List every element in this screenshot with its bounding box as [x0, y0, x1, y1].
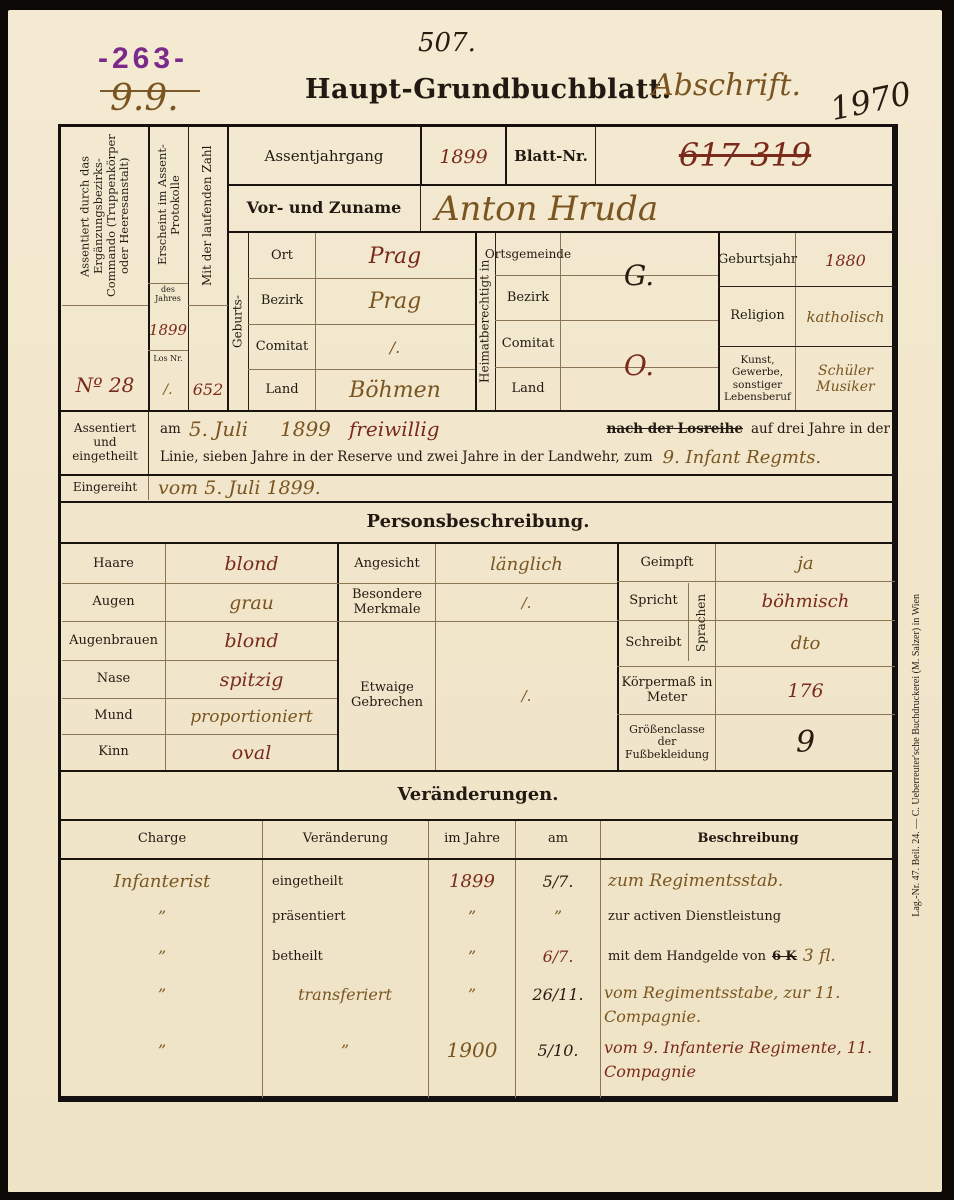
row-beschreibung: zum Regimentsstab. [608, 864, 895, 898]
row-charge: ” [62, 938, 262, 974]
row-jahr: 1900 [429, 1032, 515, 1068]
geburts-label: Geburts- [229, 235, 248, 408]
row-am: 6/7. [516, 938, 600, 974]
angesicht-label: Angesicht [339, 545, 435, 583]
domicile-ortsgemeinde-value: G. [561, 250, 717, 300]
row-charge: ” [62, 899, 262, 933]
divider [188, 305, 228, 306]
sheet-number: 507. [418, 28, 476, 58]
kinn-value: oval [166, 735, 337, 770]
assentiert-suffix: auf drei Jahre in der [751, 421, 890, 437]
column-header-am: am [516, 821, 600, 857]
row-beschreibung: zur activen Dienstleistung [608, 899, 895, 933]
row-am: 26/11. [516, 976, 600, 1012]
row-jahr: 1899 [429, 864, 515, 898]
printer-imprint: Lag.-Nr. 47. Beil. 24. — C. Ueberreuter'… [906, 500, 926, 1010]
assentiert-durch-label: Assentiert durch das Ergänzungsbezirks-C… [62, 130, 148, 302]
geburtsjahr-label: Geburtsjahr [720, 234, 795, 286]
table-row: ” ” 1900 5/10. vom 9. Infanterie Regimen… [62, 1032, 895, 1088]
geimpft-label: Geimpft [619, 545, 715, 581]
column-header-jahr: im Jahre [429, 821, 515, 857]
merkmale-label: Besondere Merkmale [339, 584, 435, 621]
divider [148, 412, 149, 474]
column-header-charge: Charge [62, 821, 262, 857]
birth-bezirk-value: Prag [316, 279, 474, 324]
gebrechen-value: /. [436, 622, 617, 770]
assentiert-mode: freiwillig [349, 417, 440, 441]
beruf-label: Kunst, Gewerbe, sonstiger Lebensberuf [720, 347, 795, 410]
name-value: Anton Hruda [425, 186, 725, 231]
handgeld-value: 3 fl. [803, 946, 836, 966]
schreibt-label: Schreibt [619, 621, 688, 666]
row-veraenderung: eingetheilt [272, 864, 432, 898]
los-nr-label: Los Nr. [148, 352, 188, 366]
row-veraenderung: transferiert [262, 976, 428, 1012]
augenbrauen-value: blond [166, 622, 337, 660]
domicile-land-label: Land [496, 368, 560, 410]
row-veraenderung: ” [262, 1032, 428, 1068]
table-row: ” transferiert ” 26/11. vom Regimentssta… [62, 976, 895, 1026]
religion-value: katholisch [796, 287, 895, 346]
nase-label: Nase [62, 661, 165, 698]
birth-ort-value: Prag [316, 234, 474, 278]
merkmale-value: /. [436, 584, 617, 621]
assentiert-line2-text: Linie, sieben Jahre in der Reserve und z… [160, 449, 653, 465]
eingereiht-label: Eingereiht [62, 476, 148, 500]
birth-comitat-value: /. [316, 325, 474, 369]
row-am: 5/10. [516, 1032, 600, 1068]
table-row: ” betheilt ” 6/7. mit dem Handgelde von … [62, 938, 895, 974]
page-title: Haupt-Grundbuchblatt. [305, 74, 672, 105]
birth-comitat-label: Comitat [249, 325, 315, 369]
birth-land-label: Land [249, 370, 315, 410]
blatt-nr-value: 617 319 [600, 128, 890, 182]
geburtsjahr-value: 1880 [796, 234, 895, 286]
sprachen-label: Sprachen [689, 584, 715, 662]
assentjahrgang-value: 1899 [422, 130, 505, 184]
angesicht-value: länglich [436, 545, 617, 583]
assentiert-date: 5. Juli [189, 417, 248, 441]
row-beschreibung: mit dem Handgelde von 6 K 3 fl. [608, 938, 895, 974]
secondary-number: 9.9. [110, 78, 179, 119]
laufende-zahl-value: 652 [190, 372, 226, 406]
assentiert-line-2: Linie, sieben Jahre in der Reserve und z… [160, 444, 890, 470]
birth-bezirk-label: Bezirk [249, 279, 315, 324]
divider [61, 542, 895, 544]
row-beschreibung: vom Regimentsstabe, zur 11. Compagnie. [604, 980, 895, 1030]
personsbeschreibung-title: Personsbeschreibung. [61, 503, 895, 541]
divider [61, 858, 895, 860]
divider [61, 410, 895, 412]
protokoll-label: Erscheint im Assent-Protokolle [150, 130, 188, 280]
row-jahr: ” [429, 976, 515, 1012]
assentiert-struck: nach der Losreihe [607, 421, 743, 437]
assentiert-unit: 9. Infant Regmts. [663, 447, 822, 468]
assentiert-label: Assentiert und eingetheilt [62, 413, 148, 473]
assentiert-durch-value: Nº 28 [62, 365, 148, 405]
augen-label: Augen [62, 584, 165, 621]
divider [188, 127, 189, 410]
koerpermass-value: 176 [716, 667, 895, 714]
schreibt-value: dto [716, 621, 895, 666]
printer-imprint-text: Lag.-Nr. 47. Beil. 24. — C. Ueberreuter'… [911, 594, 922, 917]
eingereiht-value: vom 5. Juli 1899. [158, 474, 558, 502]
row-charge: Infanterist [62, 864, 262, 898]
religion-label: Religion [720, 287, 795, 346]
augen-value: grau [166, 584, 337, 621]
protokoll-year-value: 1899 [148, 315, 188, 345]
divider [420, 185, 421, 231]
haare-value: blond [166, 545, 337, 583]
augenbrauen-label: Augenbrauen [62, 622, 165, 660]
des-jahres-label: des Jahres [148, 285, 188, 303]
handgeld-struck: 6 K [772, 949, 797, 964]
row-charge: ” [62, 976, 262, 1012]
mund-value: proportioniert [166, 699, 337, 734]
koerpermass-label: Körpermaß in Meter [619, 667, 715, 714]
blatt-nr-label: Blatt-Nr. [507, 130, 595, 184]
spricht-value: böhmisch [716, 582, 895, 620]
laufende-zahl-label: Mit der laufenden Zahl [190, 130, 226, 302]
mund-label: Mund [62, 699, 165, 734]
row-am: 5/7. [516, 864, 600, 898]
handgeld-prefix: mit dem Handgelde von [608, 949, 766, 964]
copy-note: Abschrift. [652, 68, 801, 103]
table-row: ” präsentiert ” ” zur activen Dienstleis… [62, 899, 895, 933]
name-label: Vor- und Zuname [228, 186, 420, 231]
groessenclasse-label: Größenclasse der Fußbekleidung [619, 715, 715, 770]
domicile-comitat-value: O. [561, 340, 717, 390]
domicile-comitat-label: Comitat [496, 321, 560, 367]
haare-label: Haare [62, 545, 165, 583]
assentjahrgang-label: Assentjahrgang [228, 130, 420, 184]
domicile-bezirk-label: Bezirk [496, 276, 560, 320]
birth-ort-label: Ort [249, 234, 315, 278]
assentiert-prefix: am [160, 421, 181, 437]
los-nr-value: /. [148, 375, 188, 405]
row-beschreibung: vom 9. Infanterie Regimente, 11. Compagn… [604, 1032, 895, 1088]
veraenderungen-title: Veränderungen. [61, 772, 895, 818]
domicile-ortsgemeinde-label: Ortsgemeinde [496, 234, 560, 275]
row-veraenderung: betheilt [272, 938, 432, 974]
divider [595, 127, 596, 185]
geimpft-value: ja [716, 545, 895, 581]
assentiert-line-1: am 5. Juli 1899 freiwillig nach der Losr… [160, 416, 890, 442]
column-header-beschreibung: Beschreibung [601, 821, 895, 857]
divider [148, 476, 149, 500]
row-veraenderung: präsentiert [272, 899, 432, 933]
row-am: ” [516, 899, 600, 933]
divider [148, 350, 188, 351]
stamp-number: -263- [98, 42, 188, 76]
assentiert-year: 1899 [280, 417, 331, 441]
nase-value: spitzig [166, 661, 337, 698]
table-row: Infanterist eingetheilt 1899 5/7. zum Re… [62, 864, 895, 898]
gebrechen-label: Etwaige Gebrechen [339, 622, 435, 770]
divider [62, 305, 148, 306]
kinn-label: Kinn [62, 735, 165, 770]
groessenclasse-value: 9 [716, 715, 895, 770]
column-header-veraenderung: Veränderung [263, 821, 428, 857]
spricht-label: Spricht [619, 582, 688, 620]
row-charge: ” [62, 1032, 262, 1068]
row-jahr: ” [429, 899, 515, 933]
birth-land-value: Böhmen [316, 370, 474, 410]
row-jahr: ” [429, 938, 515, 974]
beruf-value: Schüler Musiker [796, 347, 895, 410]
